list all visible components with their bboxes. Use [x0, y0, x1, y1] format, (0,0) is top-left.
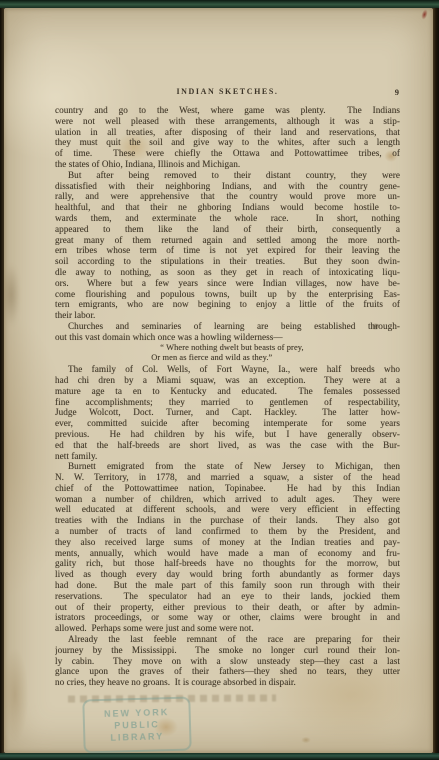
text-line: ments, annually, which would have made a…: [55, 548, 400, 559]
text-line: gality rich, but those half-breeds have …: [55, 558, 400, 569]
paragraph: Burnett emigrated from the state of New …: [55, 461, 400, 634]
text-line: mature age ta en to Kentucky and educate…: [55, 386, 400, 397]
text-line: treaties with the Indians in the purchas…: [55, 515, 400, 526]
printed-text: INDIAN SKETCHES. 9 country and go to the…: [55, 87, 400, 688]
paper-stain: [4, 256, 22, 334]
text-line: previous. He had children by his wife, b…: [55, 429, 400, 440]
paper-stain: [300, 736, 312, 744]
paragraph: The family of Col. Wells, of Fort Wayne,…: [55, 364, 400, 461]
text-line: their labor.: [55, 310, 400, 321]
text-line: ly cabin. They move on with a slow unste…: [55, 656, 400, 667]
text-line: reservations. The speculator had an eye …: [55, 591, 400, 602]
text-line: The family of Col. Wells, of Fort Wayne,…: [55, 364, 400, 375]
text-line: chief of the Pottowattimee nation, Topin…: [55, 483, 400, 494]
text-line: of time. These were chiefly the Ottawa a…: [55, 148, 400, 159]
text-line: Or men as fierce and wild as they.”: [151, 353, 303, 364]
text-line: come flourishing and populous towns, bui…: [55, 289, 400, 300]
text-line: they must quit the soil and give way to …: [55, 137, 400, 148]
text-line: “ Where nothing dwelt but beasts of prey…: [151, 343, 303, 354]
book-frame: INDIAN SKETCHES. 9 country and go to the…: [0, 0, 439, 760]
text-line: journey by the Mississippi. The smoke no…: [55, 645, 400, 656]
text-line: ors. Where but a few years since were In…: [55, 278, 400, 289]
text-line: Judge Wolcott, Doct. Turner, and Capt. H…: [55, 407, 400, 418]
page-number: 9: [395, 87, 399, 97]
paper-stain: [4, 636, 32, 753]
text-line: out this vast domain which once was a ho…: [55, 332, 400, 343]
paragraph: Churches and seminaries of learning are …: [55, 321, 400, 343]
red-mark: [419, 8, 430, 22]
text-line: soil according to the stipulations in th…: [55, 256, 400, 267]
text-line: healthful, and that their ne ghboring In…: [55, 202, 400, 213]
text-line: had chi dren by a Miami squaw, was an ex…: [55, 375, 400, 386]
text-line: out of their property, either previous t…: [55, 602, 400, 613]
paragraph: country and go to the West, where game w…: [55, 105, 400, 170]
text-line: great many of them returned again and se…: [55, 235, 400, 246]
text-line: ever, committed suicide after becoming i…: [55, 418, 400, 429]
text-line: wards them, and exterminate the whole ra…: [55, 213, 400, 224]
text-line: dissatisfied with their neighboring Indi…: [55, 181, 400, 192]
header-title: INDIAN SKETCHES.: [176, 87, 278, 96]
text-line: dle away to nothing, as soon as they get…: [55, 267, 400, 278]
text-line: rally, and were apprehensive that the co…: [55, 191, 400, 202]
text-line: Already the last feeble remnant of the r…: [55, 634, 400, 645]
text-line: woman a number of children, which arrive…: [55, 494, 400, 505]
cover-edge-top: [0, 0, 439, 8]
text-line: glance upon the graves of their fathers—…: [55, 666, 400, 677]
text-line: ern tribes whose term of time is not yet…: [55, 245, 400, 256]
text-line: the states of Ohio, Indiana, Illinois an…: [55, 159, 400, 170]
paragraph: Already the last feeble remnant of the r…: [55, 634, 400, 688]
page-edge-right: [433, 8, 439, 753]
text-line: appeared to them like the land of their …: [55, 224, 400, 235]
text-line: Churches and seminaries of learning are …: [55, 321, 400, 332]
text-line: tern emigrants, who are now begining to …: [55, 299, 400, 310]
text-line: ed that the half-breeds are short lived,…: [55, 440, 400, 451]
text-line: lived as though every day would bring fo…: [55, 569, 400, 580]
running-header: INDIAN SKETCHES. 9: [55, 87, 400, 97]
text-line: they also received large sums of money a…: [55, 537, 400, 548]
library-stamp: NEW YORK PUBLIC LIBRARY: [82, 697, 191, 753]
book-page: INDIAN SKETCHES. 9 country and go to the…: [4, 8, 433, 753]
text-line: Burnett emigrated from the state of New …: [55, 461, 400, 472]
text-line: a number of tracts of land confirmed to …: [55, 526, 400, 537]
text-line: ulation in all treaties, after disposing…: [55, 127, 400, 138]
cover-edge-bottom: [0, 753, 439, 760]
text-line: allowed. Perhaps some were just and some…: [55, 623, 400, 634]
text-line: well educated at different schools, and …: [55, 504, 400, 515]
text-line: fine accomplishments; they married to ge…: [55, 397, 400, 408]
text-line: no cries, they heave no groans. It is co…: [55, 677, 400, 688]
text-line: istrators proceedings, or some way or ot…: [55, 612, 400, 623]
verse-quote: “ Where nothing dwelt but beasts of prey…: [151, 343, 303, 365]
stamp-line: LIBRARY: [110, 731, 164, 743]
text-line: country and go to the West, where game w…: [55, 105, 400, 116]
text-line: were not well pleased with these arrange…: [55, 116, 400, 127]
body-text: country and go to the West, where game w…: [55, 105, 400, 688]
text-line: N. W. Territory, in 1778, and married a …: [55, 472, 400, 483]
paragraph: But after being removed to their distant…: [55, 170, 400, 321]
text-line: But after being removed to their distant…: [55, 170, 400, 181]
stamp-line: NEW YORK: [104, 707, 170, 720]
text-line: nett family.: [55, 451, 400, 462]
text-line: had done. But the male part of this fami…: [55, 580, 400, 591]
stamp-line: PUBLIC: [114, 719, 160, 731]
